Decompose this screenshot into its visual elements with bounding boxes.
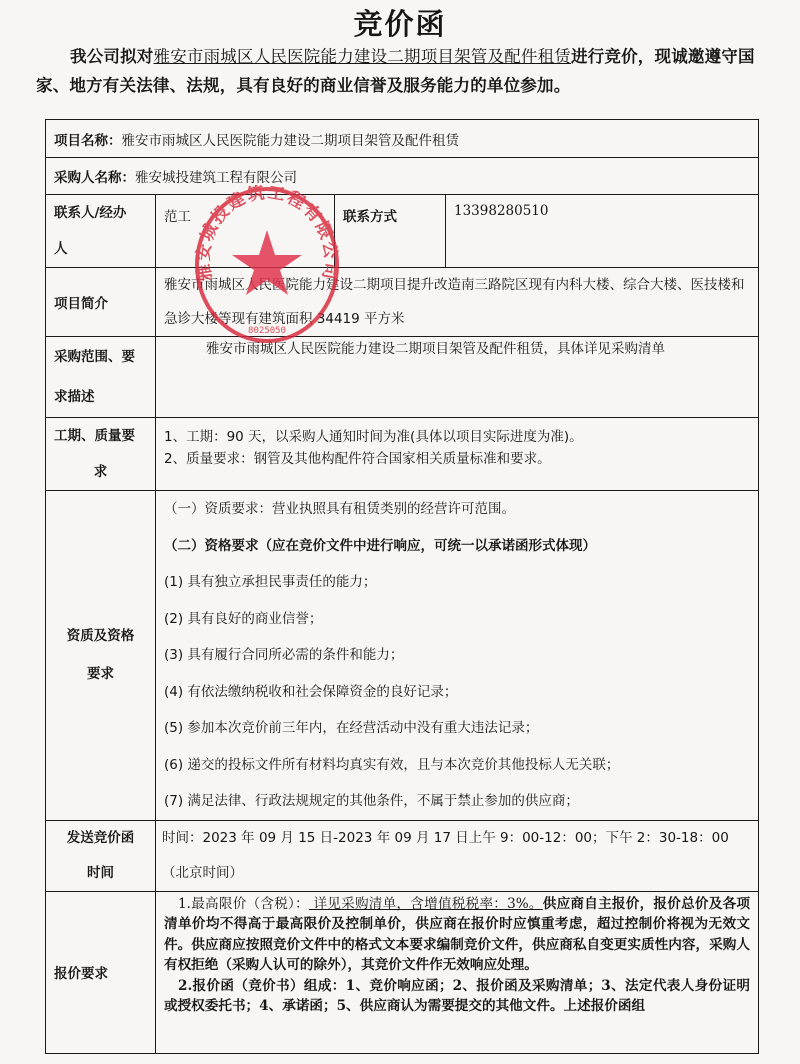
contact-phone: 13398280510 <box>446 195 759 268</box>
summary-value: 雅安市雨城区人民医院能力建设二期项目提升改造南三路院区现有内科大楼、综合大楼、医… <box>156 268 759 337</box>
row-period: 工期、质量要 求 1、工期：90 天，以采购人通知时间为准(具体以项目实际进度为… <box>46 418 759 491</box>
document-title: 竞价函 <box>0 2 800 43</box>
intro-prefix: 我公司拟对 <box>70 47 154 66</box>
bidding-info-table: 项目名称：雅安市雨城区人民医院能力建设二期项目架管及配件租赁 采购人名称：雅安城… <box>45 119 759 1054</box>
purchaser-label: 采购人名称： <box>54 170 135 186</box>
intro-paragraph: 我公司拟对雅安市雨城区人民医院能力建设二期项目架管及配件租赁进行竞价，现诚邀遵守… <box>36 42 764 100</box>
qualification-item-7: (5) 参加本次竞价前三年内，在经营活动中没有重大违法记录； <box>164 710 750 747</box>
send-time-line1: 时间：2023 年 09 月 15 日-2023 年 09 月 17 日上午 9… <box>162 821 750 856</box>
period-label-line2: 求 <box>54 454 147 490</box>
row-send-time: 发送竞价函 时间 时间：2023 年 09 月 15 日-2023 年 09 月… <box>46 820 759 891</box>
document-page: 竞价函 我公司拟对雅安市雨城区人民医院能力建设二期项目架管及配件租赁进行竞价，现… <box>0 0 800 1064</box>
row-contact: 联系人/经办 人 范工 联系方式 13398280510 <box>46 195 759 268</box>
quote-req-para-1: 1.最高限价（含税）： 详见采购清单，含增值税税率：3%。供应商自主报价，报价总… <box>164 894 750 976</box>
qualification-item-3: (1) 具有独立承担民事责任的能力； <box>164 564 750 601</box>
quote-req-label: 报价要求 <box>46 891 156 1053</box>
quote-req-p1-prefix: 1.最高限价（含税）： <box>178 896 309 912</box>
qualification-item-6: (4) 有依法缴纳税收和社会保障资金的良好记录； <box>164 674 750 711</box>
qualification-label-line2: 要求 <box>54 655 147 693</box>
qualification-label-line1: 资质及资格 <box>54 617 147 655</box>
contact-label-line2: 人 <box>54 231 147 267</box>
qualification-item-1: （一）资质要求：营业执照具有租赁类别的经营许可范围。 <box>164 491 750 528</box>
qualification-item-5: (3) 具有履行合同所必需的条件和能力； <box>164 637 750 674</box>
qualification-item-9: (7) 满足法律、行政法规规定的其他条件，不属于禁止参加的供应商； <box>164 783 750 820</box>
send-time-line2: （北京时间） <box>162 856 750 891</box>
summary-label: 项目简介 <box>46 268 156 337</box>
row-qualification: 资质及资格 要求 （一）资质要求：营业执照具有租赁类别的经营许可范围。 （二）资… <box>46 491 759 821</box>
quote-req-p1-underlined: 详见采购清单，含增值税税率：3%。 <box>309 896 543 912</box>
period-item-2: 2、质量要求：钢管及其他构配件符合国家相关质量标准和要求。 <box>164 448 750 470</box>
period-item-1: 1、工期：90 天，以采购人通知时间为准(具体以项目实际进度为准)。 <box>164 426 750 448</box>
scope-label-line1: 采购范围、要 <box>54 337 147 377</box>
row-quote-requirements: 报价要求 1.最高限价（含税）： 详见采购清单，含增值税税率：3%。供应商自主报… <box>46 891 759 1053</box>
contact-label-line1: 联系人/经办 <box>54 195 147 231</box>
period-label-line1: 工期、质量要 <box>54 418 147 454</box>
intro-project-name: 雅安市雨城区人民医院能力建设二期项目架管及配件租赁 <box>154 47 572 66</box>
qualification-item-2: （二）资格要求（应在竞价文件中进行响应，可统一以承诺函形式体现） <box>164 528 750 565</box>
purchaser-value: 雅安城投建筑工程有限公司 <box>135 170 297 186</box>
send-time-label-line2: 时间 <box>54 856 147 891</box>
row-summary: 项目简介 雅安市雨城区人民医院能力建设二期项目提升改造南三路院区现有内科大楼、综… <box>46 268 759 337</box>
quote-req-para-2: 2.报价函（竞价书）组成：1、竞价响应函；2、报价函及采购清单；3、法定代表人身… <box>164 976 750 1017</box>
row-scope: 采购范围、要 求描述 雅安市雨城区人民医院能力建设二期项目架管及配件租赁，具体详… <box>46 337 759 418</box>
contact-method-label: 联系方式 <box>335 195 446 268</box>
contact-person: 范工 <box>156 195 335 268</box>
row-purchaser: 采购人名称：雅安城投建筑工程有限公司 <box>46 158 759 195</box>
project-name-value: 雅安市雨城区人民医院能力建设二期项目架管及配件租赁 <box>122 133 460 149</box>
qualification-item-8: (6) 递交的投标文件所有材料均真实有效，且与本次竞价其他投标人无关联； <box>164 747 750 784</box>
send-time-label-line1: 发送竞价函 <box>54 821 147 856</box>
scope-label-line2: 求描述 <box>54 377 147 417</box>
project-name-label: 项目名称： <box>54 133 122 149</box>
scope-value: 雅安市雨城区人民医院能力建设二期项目架管及配件租赁，具体详见采购清单 <box>156 337 759 418</box>
qualification-item-4: (2) 具有良好的商业信誉； <box>164 601 750 638</box>
row-project-name: 项目名称：雅安市雨城区人民医院能力建设二期项目架管及配件租赁 <box>46 120 759 158</box>
